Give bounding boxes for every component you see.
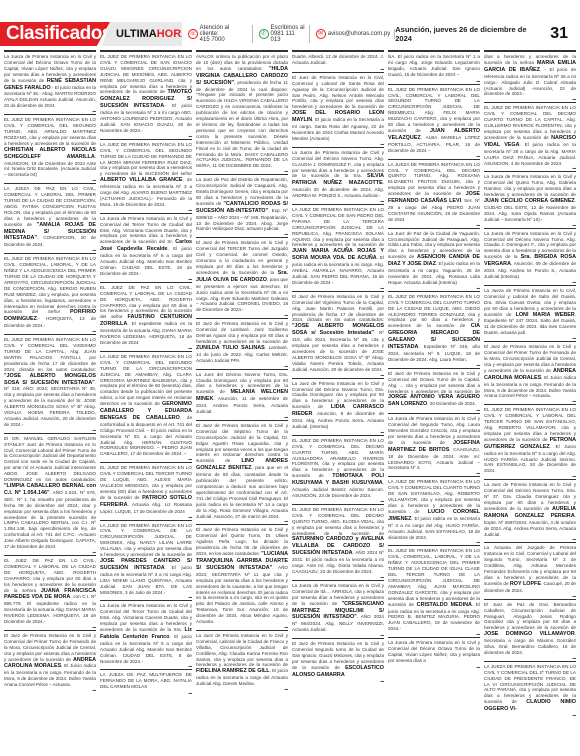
notice-text: . 20 Diciembre de 2024.: [427, 401, 476, 406]
notice-text: La Actuaria del Juzgado de Primera Insta…: [484, 545, 576, 585]
notice-text: El Juez de Primera Instancia en lo Civil…: [292, 294, 384, 323]
contact-whatsapp: ✆Escribinos al0981 111 013: [259, 25, 310, 43]
legal-notice: La Juez de Primera Instancia en lo Civil…: [196, 630, 288, 692]
legal-notice: EL JUEZ DE PRIMERA INSTANCIA EN LO CIVIL…: [388, 84, 480, 159]
notice-text: La Jueza de Primera Instancia en lo Civi…: [388, 640, 480, 663]
legal-notice: LA JUEZ DE PRIMERA INSTANCIA EN LO CIVIL…: [100, 351, 192, 462]
legal-notice: LA JUEZ DE PRIMERA INSTANCIA EN LO CIVIL…: [100, 520, 192, 601]
deceased-name: CHRISTIAN ALBERTO NICOLAS SCHEGOLEFF AMA…: [4, 147, 96, 160]
legal-notice: El Juez de Paz de Gral. Bernardino Cabal…: [484, 599, 576, 661]
deceased-name: FIDELINA RAMIREZ DE GILL: [196, 668, 270, 674]
legal-notice: NA. El juicio radica en la Secretaría Nº…: [388, 50, 480, 84]
legal-notice: La Jueza de Primera Instancia en lo Civi…: [100, 213, 192, 282]
notice-code: ▬: [388, 471, 480, 475]
phone-icon: ☏: [188, 29, 198, 39]
notice-text: LA JUEZA DE PRIMERA INSTANCIA EN LO CIVI…: [484, 664, 576, 704]
legal-notice: Duarte, Alberdi, 12 de diciembre de 2024…: [292, 50, 384, 72]
notice-text: El Juez de Primera Instancia en lo Civil…: [388, 371, 480, 394]
notice-code: ▬: [484, 399, 576, 403]
deceased-name: JOSE DOMINGO VILLAMAYOR: [484, 631, 575, 637]
notice-code: ▬: [4, 550, 96, 554]
notice-code: ▬: [100, 134, 192, 138]
notice-text: LA JUEZ DE PRIMERA INSTANCIA EN LO CIVIL…: [292, 207, 384, 247]
legal-notice: El DR. MANUEL GERALDO SAIFILDIN STANLEY …: [4, 433, 96, 555]
notice-code: ▬: [388, 408, 480, 412]
contact-label: Atención al cliente:: [200, 25, 230, 37]
notice-text: La Jueza de Primera Instancia en lo Civi…: [484, 174, 576, 197]
column-4: Duarte, Alberdi, 12 de diciembre de 2024…: [292, 50, 384, 718]
notice-code: ▬: [292, 679, 384, 683]
newspaper-logo: ULTIMAHORA: [102, 22, 182, 46]
notice-code: ▬: [388, 223, 480, 227]
notice-code: ▬: [388, 286, 480, 290]
notice-code: ▬: [100, 515, 192, 519]
page-header: Clasificados ULTIMAHORA ☏Atención al cli…: [0, 22, 580, 46]
legal-notice: La Jueza de Primera Instancia en lo Civi…: [484, 171, 576, 227]
notice-code: ▬: [484, 223, 576, 227]
notice-text: EL JUEZ DE PRIMERA INSTANCIA EN LO CIVIL…: [4, 337, 96, 372]
legal-notice: El Juez de Primera Instancia en lo Civil…: [196, 420, 288, 525]
notice-code: ▬: [484, 594, 576, 598]
notice-code: ▬: [100, 595, 192, 599]
notice-code: ▬: [388, 632, 480, 636]
legal-notice: El Juez de Primera Instancia en lo Civil…: [196, 237, 288, 318]
notice-code: ▬: [196, 519, 288, 523]
legal-notice: El Juez de Primera Instancia en lo Civil…: [484, 341, 576, 404]
legal-notice: EL JUEZ DE PRIMERA INSTANCIA EN LO CIVIL…: [4, 334, 96, 433]
legal-notice: días a herederos y acreedores de la suce…: [484, 50, 576, 102]
legal-notice: La Juez de Paz del Distrito de Repatriac…: [196, 174, 288, 237]
deceased-name: ALBERTO VILLALBA GRANCE: [100, 177, 182, 183]
notice-text: El Juez de Primera Instancia en lo Civil…: [196, 321, 288, 344]
notice-text: El Juez de Primera Instancia en lo Civil…: [196, 423, 288, 463]
notice-code: ▬: [484, 166, 576, 170]
notice-code: ▬: [4, 625, 96, 629]
notice-code: ▬: [196, 625, 288, 629]
notice-text: La Juez de Primera Instancia en lo Civil…: [196, 633, 288, 668]
notice-code: ▬: [292, 286, 384, 290]
deceased-name: ROY LOPFE: [510, 581, 541, 587]
notice-text: . Nº 319, año 2024, Secretaría Nº 39, ci…: [292, 330, 384, 371]
notice-text: EL JUEZ DE PRIMERA INSTANCIA EN LO CIVIL…: [4, 256, 96, 314]
notice-text: LA JUEZA DE PAZ MULTIFUEROS DE FERNANDO …: [100, 672, 192, 689]
notice-text: El DR. MANUEL GERALDO SAIFILDIN STANLEY …: [4, 436, 96, 482]
legal-notice: La Jueza de Primera Instancia en lo Civi…: [100, 600, 192, 669]
deceased-name: ZUNILDA TULIO SALINAS: [196, 345, 265, 351]
notice-code: ▬: [196, 232, 288, 236]
notice-code: ▬: [196, 169, 288, 173]
notice-text: EL JUEZ DE PRIMERA INSTANCIA EN LO CIVIL…: [388, 548, 480, 606]
notice-code: ▬: [484, 280, 576, 284]
legal-notice: EL JUEZ DE PRIMERA INSTANCIA EN LO CIVIL…: [292, 435, 384, 504]
legal-notice: El Juez de Primera Instancia en lo Civil…: [196, 318, 288, 368]
notice-code: ▬: [484, 336, 576, 340]
notice-code: ▬: [484, 474, 576, 478]
notice-code: ▬: [4, 688, 96, 692]
notice-text: , de conformidad a lo dispuesto en el Ar…: [100, 415, 192, 456]
notice-text: EL JUEZ DE PRIMERA INSTANCIA EN LO CIVIL…: [292, 438, 384, 478]
legal-notice: La Juez de Primera Instancia en lo Civil…: [484, 479, 576, 542]
notice-text: Duarte, Alberdi, 12 de diciembre de 2024…: [292, 54, 384, 65]
legal-notice: La Jueza de Primera Instancia en lo Civi…: [4, 50, 96, 114]
notice-code: ▬: [100, 208, 192, 212]
issue-date: Asunción, jueves 26 de diciembre de 2024: [395, 25, 542, 43]
legal-notice: La Jueza de Primera Instancia en lo Civi…: [484, 285, 576, 341]
notice-code: ▬: [484, 713, 576, 717]
contact-email[interactable]: ✉avisos@uhoras.com.py: [316, 29, 395, 39]
legal-notice: El Juez de Primera Instancia en lo Civil…: [4, 630, 96, 693]
notice-text: LA JUEZ DE PRIMERA INSTANCIA EN LO CIVIL…: [100, 523, 192, 558]
legal-notice: La Juez de Paz de la Ciudad de Yaguarón,…: [388, 228, 480, 291]
legal-notice: La Juez del Décimo Noveno Turno, Dra. Cl…: [196, 369, 288, 420]
legal-notice: EL JUEZ DE PRIMERA INSTANCIA EN LO CIVIL…: [100, 50, 192, 139]
notice-code: ▬: [388, 540, 480, 544]
notice-text: . AÑO 2.024, Nº 676, SEC. Nº 1, ha resue…: [4, 490, 96, 549]
notice-text: NA. El juicio radica en la Secretaría Nº…: [388, 54, 480, 77]
notice-code: ▬: [4, 109, 96, 113]
deceased-name: "JOSE ALBERTO MONGELOS SOSA S/ SUCESIÓN …: [4, 373, 96, 386]
legal-notice: EL JUEZ DE PAZ EN LO CIVIL, COMERCIAL Y …: [4, 555, 96, 630]
contact-info: ☏Atención al cliente:415 7000 ✆Escribino…: [188, 25, 395, 43]
notice-code: ▬: [484, 656, 576, 660]
legal-notice: LA JUEZA DE PAZ EN LO CIVIL, COMERCIAL Y…: [4, 183, 96, 253]
notice-code: ▬: [196, 313, 288, 317]
notice-code: ▬: [292, 575, 384, 579]
legal-notice: EL JUEZ DE PRIMERA INSTANCIA EN LO CIVIL…: [484, 102, 576, 171]
email-icon: ✉: [316, 29, 326, 39]
logo-part-ultima: ULTIMA: [116, 28, 157, 40]
notice-text: . Nº 319; AÑO: 2024; SECRETARÍA Nº 39, c…: [4, 380, 96, 427]
legal-notice: EL JUEZ DE PRIMERA INSTANCIA EN LO CIVIL…: [388, 291, 480, 368]
notice-code: ▬: [100, 457, 192, 461]
notice-code: ▬: [4, 178, 96, 182]
deceased-name: JUAN MARIA ACUÑA ROJAS Y SOFIA MOURA VDA…: [292, 248, 384, 261]
deceased-name: CRISTALDO MEDINA: [417, 602, 472, 608]
notice-code: ▬: [4, 329, 96, 333]
column-2: EL JUEZ DE PRIMERA INSTANCIA EN LO CIVIL…: [100, 50, 192, 718]
notice-text: EL JUEZ DE PRIMERA INSTANCIA EN LO CIVIL…: [100, 54, 192, 94]
section-title: Clasificados: [0, 22, 110, 46]
legal-notice: El Juez de Primera Instancia en lo Civil…: [292, 638, 384, 683]
notice-text: LA JUEZ DE PRIMERA INSTANCIA EN LO CIVIL…: [100, 142, 192, 177]
notice-code: ▬: [292, 430, 384, 434]
notice-text: , para que en el término de 60 días, con…: [196, 465, 288, 518]
legal-notice: El Juez de Primera Instancia en lo Civil…: [196, 524, 288, 630]
legal-notice: LA JUEZ DE PRIMERA INSTANCIA EN LO CIVIL…: [292, 204, 384, 291]
legal-notice: La Jueza de Primera Instancia en lo Civi…: [292, 580, 384, 638]
legal-notice: La Actuaria del Juzgado de Primera Insta…: [484, 542, 576, 598]
legal-notice: EL JUEZ DE PRIMERA INSTANCIA EN LO CIVIL…: [4, 253, 96, 334]
deceased-name: LONI MARIA WEBER: [516, 312, 575, 318]
deceased-name: "JOSE ALBERTO MONGELOS SOSA s/ Sucesión …: [292, 323, 384, 336]
notice-text: LA JUEZ DE PRIMERA INSTANCIA EN LO CIVIL…: [100, 354, 192, 406]
notice-text: LA JUEZA DE PAZ EN LO CIVIL, COMERCIAL Y…: [4, 186, 96, 226]
legal-notice: EL JUEZ DE PRIMERA INSTANCIA EN LO CIVIL…: [100, 462, 192, 519]
notice-code: ▬: [388, 79, 480, 83]
notice-text: EL JUEZ DE PRIMERA INSTANCIA EN LO CIVIL…: [4, 117, 96, 146]
notice-code: ▬: [100, 277, 192, 281]
legal-notice: El Juez de Primera Instancia en lo Civil…: [292, 72, 384, 147]
notice-code: ▬: [292, 373, 384, 377]
logo-part-hora: HORA: [157, 28, 189, 40]
notice-code: ▬: [388, 665, 480, 669]
legal-notice: EL JUEZ DE PRIMERA INSTANCIA EN LO CIVIL…: [4, 114, 96, 183]
notice-code: ▬: [4, 248, 96, 252]
notice-text: , providencia de fecha 11 de diciembre d…: [196, 80, 288, 169]
notice-text: EL JUEZ DE PRIMERA INSTANCIA EN LO CIVIL…: [292, 507, 384, 536]
notice-text: El Juez de Primera Instancia en lo Civil…: [196, 240, 288, 275]
column-3: AVALOS ordena la publicación por el plaz…: [196, 50, 288, 718]
deceased-name: JUAN CECILIO CORREA GIMENEZ: [484, 198, 575, 204]
notice-code: ▬: [292, 633, 384, 637]
legal-notice: La Jueza de Primera Instancia en lo Civi…: [388, 637, 480, 670]
classified-columns: La Jueza de Primera Instancia en lo Civi…: [4, 50, 576, 718]
notice-text: EL JUEZ DE PRIMERA INSTANCIA EN LO CIVIL…: [388, 294, 480, 329]
notice-code: ▬: [100, 664, 192, 668]
legal-notice: EL JUEZ DE PRIMERA INSTANCIA EN LO CIVIL…: [388, 545, 480, 637]
page-number: 31: [550, 25, 568, 43]
notice-code: ▬: [196, 687, 288, 691]
notice-code: ▬: [100, 691, 192, 695]
notice-text: EL JUEZ DE PRIMERA INSTANCIA EN LO CIVIL…: [388, 87, 480, 133]
notice-code: ▬: [292, 67, 384, 71]
legal-notice: La Jueza de Primera Instancia de Civil y…: [292, 147, 384, 204]
legal-notice: EL JUEZ DE PRIMERA INSTANCIA EN LO CIVIL…: [292, 504, 384, 580]
legal-notice: LA JUEZ DE PRIMERA INSTANCIA EN LO CIVIL…: [100, 139, 192, 213]
column-5: NA. El juicio radica en la Secretaría Nº…: [388, 50, 480, 718]
legal-notice: La Juez de Primera Instancia en lo Civil…: [292, 378, 384, 435]
notice-text: . AÑO 2024; SECRETARÍA Nº 11 que cita y …: [196, 565, 288, 624]
notice-text: El Juez de Paz de Gral. Bernardino Cabal…: [484, 602, 576, 631]
legal-notice: EL JUEZ DE PRIMERA INSTANCIA EN LO CIVIL…: [484, 404, 576, 479]
notice-code: ▬: [388, 154, 480, 158]
notice-code: ▬: [100, 346, 192, 350]
legal-notice: El Juez de Primera Instancia en lo Civil…: [292, 291, 384, 378]
notice-code: ▬: [292, 199, 384, 203]
legal-notice: LA JUEZ DE PRIMERA INSTANCIA EN LO CIVIL…: [388, 476, 480, 545]
legal-notice: El Juez de Primera Instancia en lo Civil…: [388, 368, 480, 413]
notice-text: El Juez de Primera Instancia en lo Civil…: [292, 75, 384, 110]
legal-notice: AVALOS ordena la publicación por el plaz…: [196, 50, 288, 174]
notice-code: ▬: [292, 142, 384, 146]
legal-notice: LA JUEZA DE PRIMERA INSTANCIA EN LO CIVI…: [484, 661, 576, 718]
notice-text: La Jueza de Primera Instancia en lo Civi…: [100, 603, 192, 632]
notice-code: ▬: [484, 97, 576, 101]
legal-notice: LA JUEZA DE PAZ MULTIFUEROS DE FERNANDO …: [100, 669, 192, 696]
notice-code: ▬: [292, 499, 384, 503]
legal-notice: La Jueza de Primera Instancia en lo Civi…: [484, 228, 576, 285]
legal-notice: EL JUEZ DE PAZ EN LO CIVIL, COMERCIAL Y …: [100, 282, 192, 351]
notice-code: ▬: [388, 363, 480, 367]
whatsapp-icon: ✆: [259, 29, 269, 39]
notice-code: ▬: [4, 428, 96, 432]
column-1: La Jueza de Primera Instancia en lo Civi…: [4, 50, 96, 718]
column-6: días a herederos y acreedores de la suce…: [484, 50, 576, 718]
notice-code: ▬: [196, 415, 288, 419]
contact-value: avisos@uhoras.com.py: [328, 31, 390, 37]
notice-code: ▬: [196, 364, 288, 368]
legal-notice: La Jueza de Primera Instancia en lo Civi…: [388, 413, 480, 476]
contact-value: 415 7000: [200, 37, 225, 43]
contact-phone: ☏Atención al cliente:415 7000: [188, 25, 253, 43]
notice-code: ▬: [484, 537, 576, 541]
contact-value: 0981 111 013: [271, 31, 295, 43]
legal-notice: LA JUEZA DE PRIMERA INSTANCIA EN LO CIVI…: [388, 159, 480, 228]
